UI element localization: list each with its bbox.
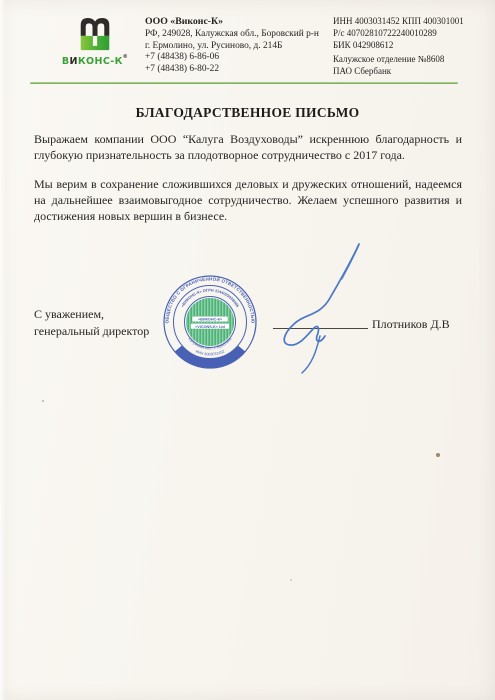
closing-line-2: генеральный директор [34,323,149,340]
company-address-2: г. Ермолино, ул. Русиново, д. 214Б [145,41,330,53]
company-phone-2: +7 (48438) 6-80-22 [145,64,330,76]
company-logo: ВИКОНС-К® [56,14,134,67]
bank-name: ПАО Сбербанк [333,66,493,78]
paper-speck [436,453,440,457]
signature-stroke-double [342,245,359,279]
closing-line-1: С уважением, [34,306,149,323]
paragraph-1: Выражаем компании ООО “Калуга Воздуховод… [34,131,462,163]
company-info-block: ООО «Виконс-К» РФ, 249028, Калужская обл… [145,16,330,76]
paper-speck [290,579,292,581]
paper-speck [42,400,44,402]
bank-details-block: ИНН 4003031452 КПП 400301001 Р/с 4070281… [333,16,493,78]
registered-mark: ® [123,54,128,60]
company-name: ООО «Виконс-К» [145,16,330,28]
company-phone-1: +7 (48438) 6-86-06 [145,52,330,64]
logo-wordmark: ВИКОНС-К® [56,54,134,67]
bik: БИК 042908612 [333,40,493,52]
company-stamp: ОБЩЕСТВО С ОГРАНИЧЕННОЙ ОТВЕТСТВЕННОСТЬЮ… [162,274,258,370]
company-address-1: РФ, 249028, Калужская обл., Боровский р-… [145,29,330,41]
letter-page: ВИКОНС-К® ООО «Виконс-К» РФ, 249028, Кал… [0,0,495,700]
bank-account: Р/с 40702810722240010289 [333,28,493,40]
stamp-ribbon-2-text: «VICONS-K» Ltd [195,325,225,329]
header-divider [30,82,458,84]
inn-kpp: ИНН 4003031452 КПП 400301001 [333,16,493,28]
stamp-ribbon-1-text: «ВИКОНС-К» [198,318,222,322]
closing-block: С уважением, генеральный директор [34,306,149,340]
logo-letters: КОНС-К [78,56,123,67]
signature-autograph-icon [250,232,400,380]
logo-letter: В [62,56,70,67]
paragraph-2: Мы верим в сохранение сложившихся деловы… [34,176,462,224]
signature-stroke-main [284,244,359,345]
letter-title: БЛАГОДАРСТВЕННОЕ ПИСЬМО [0,105,495,121]
bank-branch: Калужское отделение №8608 [333,54,493,66]
logo-mark-icon [75,14,115,52]
logo-letter-dark: И [70,56,78,67]
